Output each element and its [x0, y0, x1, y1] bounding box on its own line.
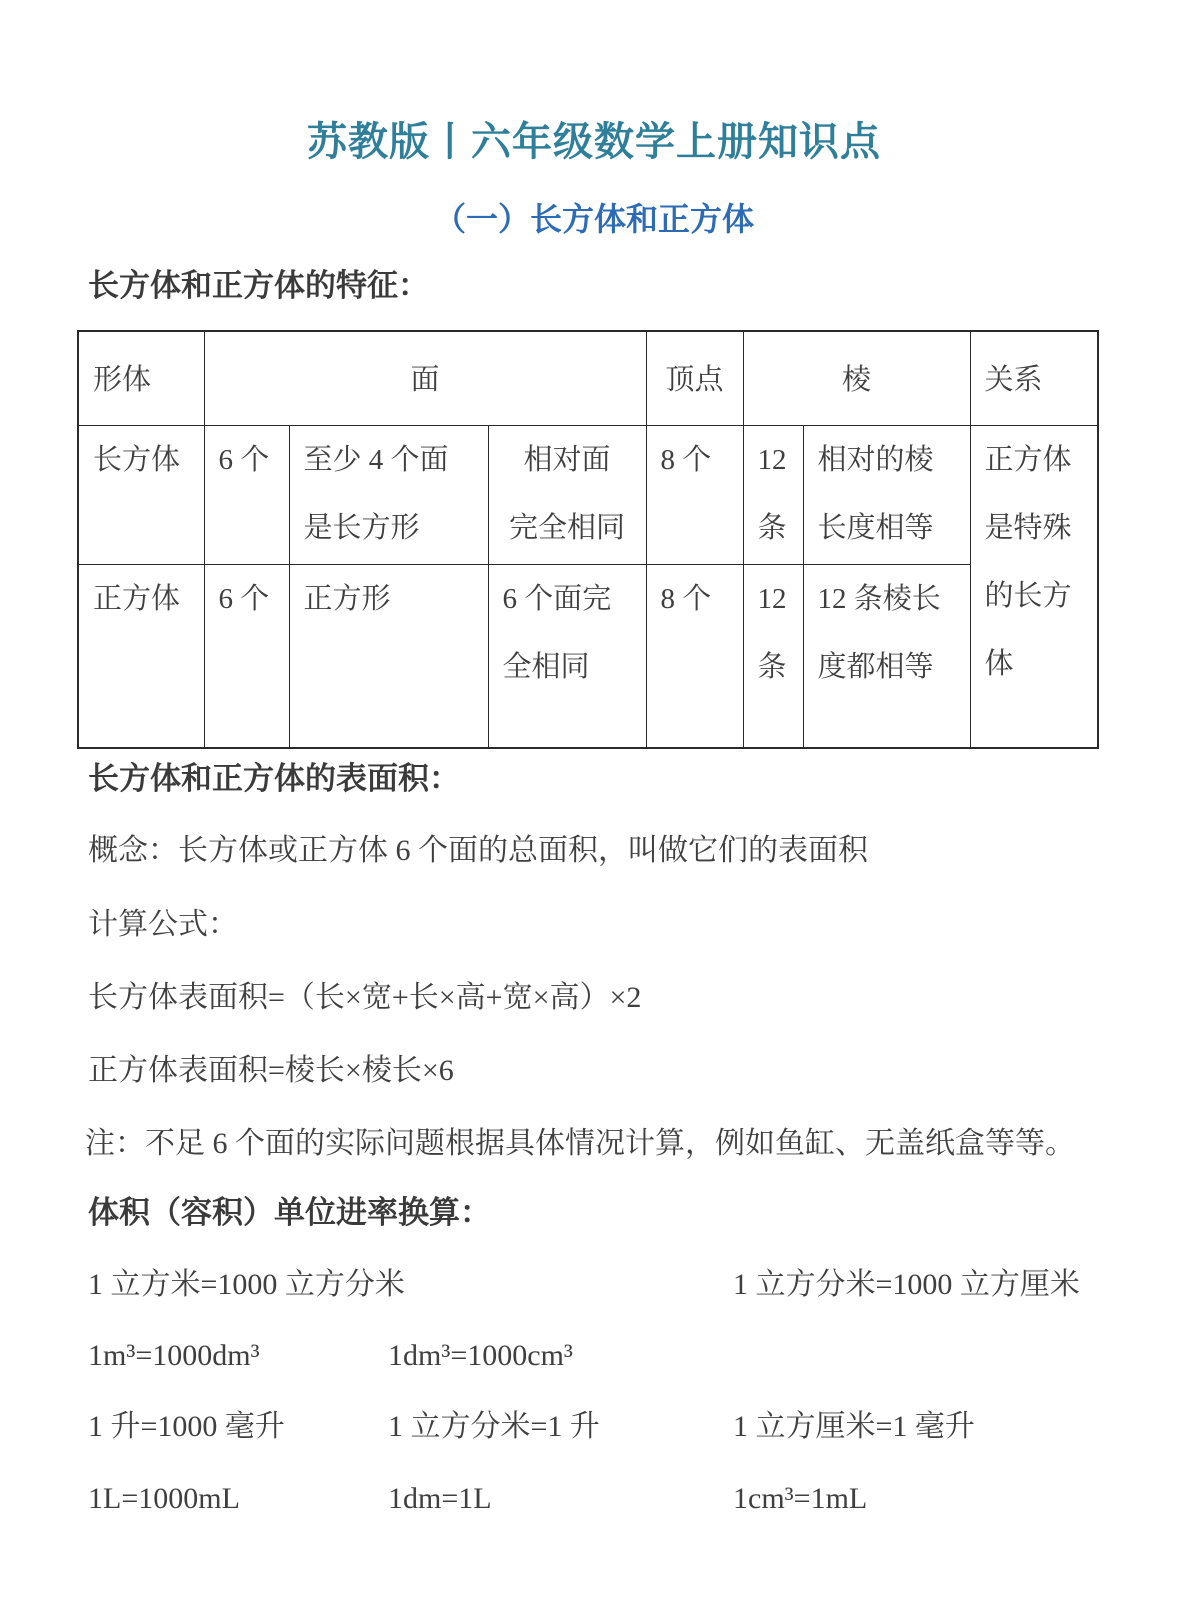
cell-cube-vertex-count: 8 个	[646, 565, 743, 749]
table-header-row: 形体 面 顶点 棱 关系	[78, 331, 1098, 426]
cell-cube-face-equality: 6 个面完 全相同	[488, 565, 646, 749]
conversion-cell: 1 立方分米=1 升	[388, 1408, 600, 1446]
header-faces: 面	[204, 331, 646, 426]
heading-surface-area: 长方体和正方体的表面积：	[88, 760, 460, 798]
paragraph-formula-cube: 正方体表面积=棱长×棱长×6	[88, 1052, 1108, 1090]
cell-cuboid-edge-equality: 相对的棱 长度相等	[803, 426, 970, 565]
cell-cube-shape: 正方体	[78, 565, 204, 749]
conversion-cell: 1dm=1L	[388, 1480, 492, 1518]
cell-relation: 正方体 是特殊 的长方 体	[970, 426, 1098, 749]
section-subtitle: （一）长方体和正方体	[0, 198, 1188, 240]
conversion-row-2: 1m³=1000dm³ 1dm³=1000cm³	[88, 1337, 1100, 1377]
conversion-row-1: 1 立方米=1000 立方分米 1 立方分米=1000 立方厘米	[88, 1266, 1100, 1306]
conversion-row-3: 1 升=1000 毫升 1 立方分米=1 升 1 立方厘米=1 毫升	[88, 1408, 1100, 1448]
heading-features: 长方体和正方体的特征：	[88, 267, 429, 305]
cell-cube-edge-count: 12 条	[743, 565, 803, 749]
conversion-cell: 1 立方米=1000 立方分米	[88, 1266, 405, 1304]
cell-cuboid-face-equality: 相对面 完全相同	[488, 426, 646, 565]
cell-cuboid-shape: 长方体	[78, 426, 204, 565]
cell-cube-edge-equality: 12 条棱长 度都相等	[803, 565, 970, 749]
paragraph-note: 注：不足 6 个面的实际问题根据具体情况计算，例如鱼缸、无盖纸盒等等。	[85, 1125, 1145, 1163]
document-page: 苏教版丨六年级数学上册知识点 （一）长方体和正方体 长方体和正方体的特征： 形体…	[0, 0, 1188, 1614]
header-edges: 棱	[743, 331, 970, 426]
heading-unit-conversion: 体积（容积）单位进率换算：	[88, 1194, 491, 1232]
table-row-cuboid: 长方体 6 个 至少 4 个面 是长方形 相对面 完全相同 8 个 12 条 相…	[78, 426, 1098, 565]
features-table: 形体 面 顶点 棱 关系 长方体 6 个 至少 4 个面 是长方形 相对面 完全…	[77, 330, 1099, 749]
paragraph-formula-label: 计算公式：	[88, 906, 1108, 944]
cell-cube-face-count: 6 个	[204, 565, 289, 749]
page-title: 苏教版丨六年级数学上册知识点	[0, 116, 1188, 168]
header-relation: 关系	[970, 331, 1098, 426]
cell-cuboid-face-count: 6 个	[204, 426, 289, 565]
conversion-cell: 1 立方厘米=1 毫升	[733, 1408, 975, 1446]
conversion-cell: 1m³=1000dm³	[88, 1337, 260, 1375]
cell-cube-face-shape: 正方形	[289, 565, 488, 749]
cell-cuboid-face-shape: 至少 4 个面 是长方形	[289, 426, 488, 565]
cell-cuboid-vertex-count: 8 个	[646, 426, 743, 565]
cell-cuboid-edge-count: 12 条	[743, 426, 803, 565]
conversion-cell: 1L=1000mL	[88, 1480, 240, 1518]
paragraph-formula-cuboid: 长方体表面积=（长×宽+长×高+宽×高）×2	[88, 979, 1108, 1017]
paragraph-concept: 概念：长方体或正方体 6 个面的总面积，叫做它们的表面积	[88, 832, 1108, 870]
table-row-cube: 正方体 6 个 正方形 6 个面完 全相同 8 个 12 条 12 条棱长 度都…	[78, 565, 1098, 749]
conversion-row-4: 1L=1000mL 1dm=1L 1cm³=1mL	[88, 1480, 1100, 1520]
conversion-cell: 1dm³=1000cm³	[388, 1337, 573, 1375]
conversion-cell: 1 升=1000 毫升	[88, 1408, 285, 1446]
header-vertices: 顶点	[646, 331, 743, 426]
conversion-cell: 1 立方分米=1000 立方厘米	[733, 1266, 1080, 1304]
conversion-cell: 1cm³=1mL	[733, 1480, 867, 1518]
header-shape: 形体	[78, 331, 204, 426]
